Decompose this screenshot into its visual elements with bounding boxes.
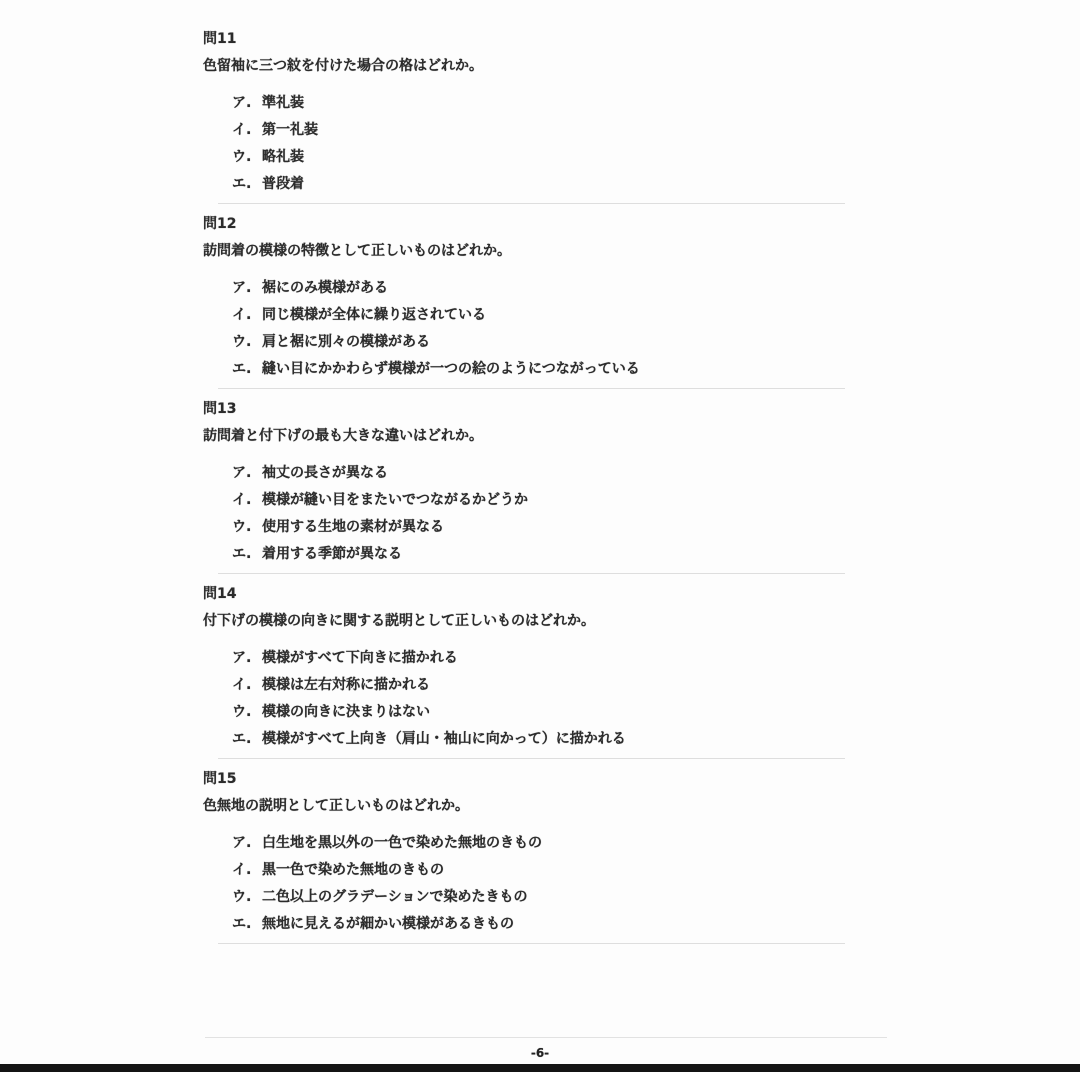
option-marker: ウ. <box>232 519 262 535</box>
section-divider <box>218 943 845 944</box>
bottom-edge-bar <box>0 1064 1080 1072</box>
option-marker: ウ. <box>232 149 262 165</box>
option-item: ウ. 二色以上のグラデーションで染めたきもの <box>232 889 863 905</box>
option-text: 縫い目にかかわらず模様が一つの絵のようにつながっている <box>262 361 640 377</box>
options-list: ア. 白生地を黒以外の一色で染めた無地のきもの イ. 黒一色で染めた無地のきもの… <box>203 835 863 932</box>
page-number: -6- <box>0 1046 1080 1060</box>
question-block: 問13 訪問着と付下げの最も大きな違いはどれか。 ア. 袖丈の長さが異なる イ.… <box>203 401 863 574</box>
document-page: 問11 色留袖に三つ紋を付けた場合の格はどれか。 ア. 準礼装 イ. 第一礼装 … <box>0 0 1080 1072</box>
option-item: ウ. 使用する生地の素材が異なる <box>232 519 863 535</box>
option-text: 模様の向きに決まりはない <box>262 704 430 720</box>
footer-divider <box>205 1037 887 1038</box>
option-item: イ. 同じ模様が全体に繰り返されている <box>232 307 863 323</box>
option-text: 模様が縫い目をまたいでつながるかどうか <box>262 492 528 508</box>
option-item: ア. 模様がすべて下向きに描かれる <box>232 650 863 666</box>
option-marker: イ. <box>232 677 262 693</box>
option-text: 略礼装 <box>262 149 304 165</box>
option-item: エ. 着用する季節が異なる <box>232 546 863 562</box>
option-text: 第一礼装 <box>262 122 318 138</box>
question-block: 問14 付下げの模様の向きに関する説明として正しいものはどれか。 ア. 模様がす… <box>203 586 863 759</box>
option-item: エ. 無地に見えるが細かい模様があるきもの <box>232 916 863 932</box>
options-list: ア. 袖丈の長さが異なる イ. 模様が縫い目をまたいでつながるかどうか ウ. 使… <box>203 465 863 562</box>
option-item: エ. 模様がすべて上向き（肩山・袖山に向かって）に描かれる <box>232 731 863 747</box>
option-text: 裾にのみ模様がある <box>262 280 388 296</box>
option-marker: イ. <box>232 122 262 138</box>
option-text: 二色以上のグラデーションで染めたきもの <box>262 889 527 905</box>
option-item: ア. 裾にのみ模様がある <box>232 280 863 296</box>
options-list: ア. 裾にのみ模様がある イ. 同じ模様が全体に繰り返されている ウ. 肩と裾に… <box>203 280 863 377</box>
option-marker: ウ. <box>232 704 262 720</box>
question-number: 問15 <box>203 771 863 787</box>
question-number: 問14 <box>203 586 863 602</box>
question-text: 訪問着と付下げの最も大きな違いはどれか。 <box>203 428 863 444</box>
question-text: 付下げの模様の向きに関する説明として正しいものはどれか。 <box>203 613 863 629</box>
option-item: ウ. 模様の向きに決まりはない <box>232 704 863 720</box>
option-text: 使用する生地の素材が異なる <box>262 519 444 535</box>
section-divider <box>218 203 845 204</box>
option-item: イ. 模様は左右対称に描かれる <box>232 677 863 693</box>
option-marker: ア. <box>232 650 262 666</box>
option-text: 普段着 <box>262 176 304 192</box>
option-item: ア. 白生地を黒以外の一色で染めた無地のきもの <box>232 835 863 851</box>
option-marker: イ. <box>232 862 262 878</box>
option-marker: ウ. <box>232 889 262 905</box>
option-marker: エ. <box>232 916 262 932</box>
option-text: 模様は左右対称に描かれる <box>262 677 430 693</box>
option-marker: エ. <box>232 731 262 747</box>
question-text: 色留袖に三つ紋を付けた場合の格はどれか。 <box>203 58 863 74</box>
option-item: ア. 袖丈の長さが異なる <box>232 465 863 481</box>
option-item: イ. 模様が縫い目をまたいでつながるかどうか <box>232 492 863 508</box>
option-text: 同じ模様が全体に繰り返されている <box>262 307 486 323</box>
question-block: 問12 訪問着の模様の特徴として正しいものはどれか。 ア. 裾にのみ模様がある … <box>203 216 863 389</box>
question-number: 問12 <box>203 216 863 232</box>
option-text: 模様がすべて上向き（肩山・袖山に向かって）に描かれる <box>262 731 626 747</box>
option-text: 肩と裾に別々の模様がある <box>262 334 430 350</box>
question-number: 問13 <box>203 401 863 417</box>
option-text: 模様がすべて下向きに描かれる <box>262 650 458 666</box>
option-marker: ア. <box>232 280 262 296</box>
question-block: 問15 色無地の説明として正しいものはどれか。 ア. 白生地を黒以外の一色で染め… <box>203 771 863 944</box>
option-item: ウ. 肩と裾に別々の模様がある <box>232 334 863 350</box>
option-marker: エ. <box>232 546 262 562</box>
section-divider <box>218 388 845 389</box>
option-text: 準礼装 <box>262 95 304 111</box>
options-list: ア. 準礼装 イ. 第一礼装 ウ. 略礼装 エ. 普段着 <box>203 95 863 192</box>
options-list: ア. 模様がすべて下向きに描かれる イ. 模様は左右対称に描かれる ウ. 模様の… <box>203 650 863 747</box>
option-item: イ. 黒一色で染めた無地のきもの <box>232 862 863 878</box>
questions-list: 問11 色留袖に三つ紋を付けた場合の格はどれか。 ア. 準礼装 イ. 第一礼装 … <box>203 31 863 956</box>
option-item: エ. 普段着 <box>232 176 863 192</box>
option-marker: ウ. <box>232 334 262 350</box>
option-item: ウ. 略礼装 <box>232 149 863 165</box>
question-text: 訪問着の模様の特徴として正しいものはどれか。 <box>203 243 863 259</box>
option-text: 着用する季節が異なる <box>262 546 402 562</box>
option-item: エ. 縫い目にかかわらず模様が一つの絵のようにつながっている <box>232 361 863 377</box>
option-marker: イ. <box>232 307 262 323</box>
question-text: 色無地の説明として正しいものはどれか。 <box>203 798 863 814</box>
section-divider <box>218 573 845 574</box>
option-marker: エ. <box>232 176 262 192</box>
option-text: 袖丈の長さが異なる <box>262 465 388 481</box>
question-block: 問11 色留袖に三つ紋を付けた場合の格はどれか。 ア. 準礼装 イ. 第一礼装 … <box>203 31 863 204</box>
option-item: イ. 第一礼装 <box>232 122 863 138</box>
option-marker: ア. <box>232 95 262 111</box>
option-marker: エ. <box>232 361 262 377</box>
option-item: ア. 準礼装 <box>232 95 863 111</box>
option-marker: ア. <box>232 835 262 851</box>
option-marker: イ. <box>232 492 262 508</box>
option-text: 黒一色で染めた無地のきもの <box>262 862 444 878</box>
option-text: 無地に見えるが細かい模様があるきもの <box>262 916 514 932</box>
question-number: 問11 <box>203 31 863 47</box>
section-divider <box>218 758 845 759</box>
option-text: 白生地を黒以外の一色で染めた無地のきもの <box>262 835 542 851</box>
option-marker: ア. <box>232 465 262 481</box>
